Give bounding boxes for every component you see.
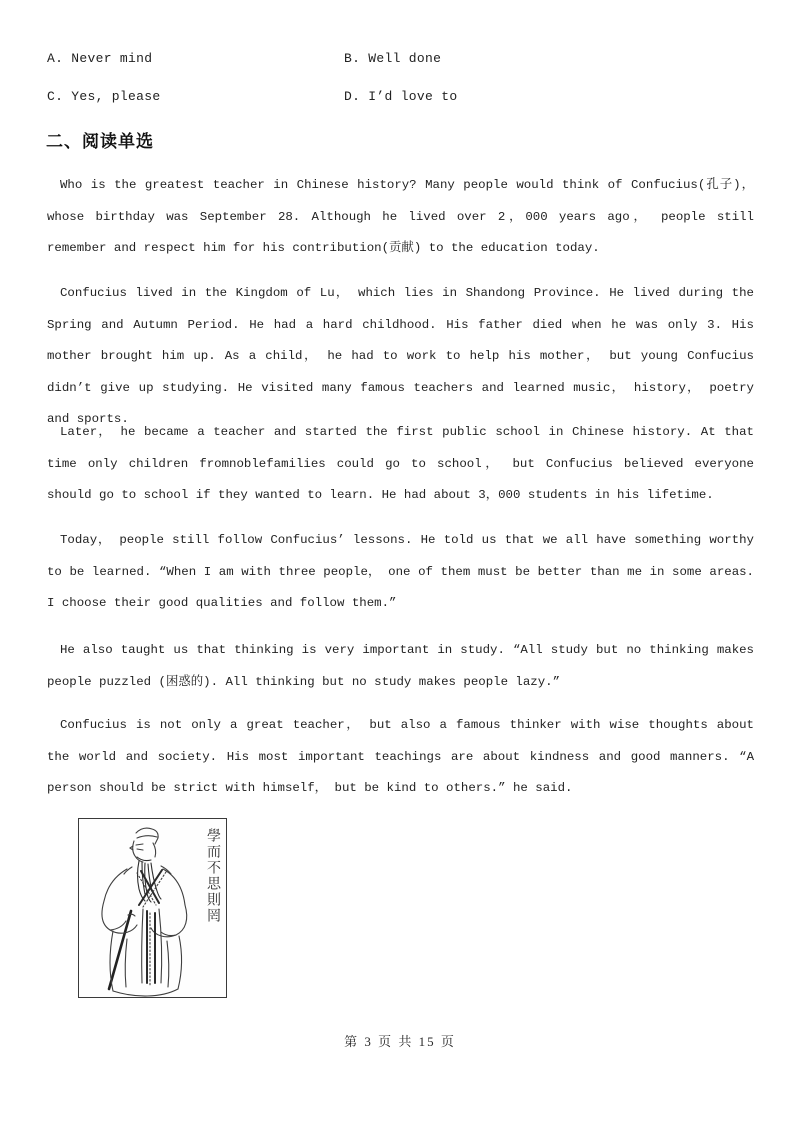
passage-paragraph-3: Later， he became a teacher and started t… [47,417,754,512]
section-title: 二、阅读单选 [46,127,154,152]
passage-paragraph-4: Today， people still follow Confucius’ le… [47,525,754,620]
passage-paragraph-5: He also taught us that thinking is very … [47,635,754,698]
passage-paragraph-2: Confucius lived in the Kingdom of Lu， wh… [47,278,754,436]
passage-paragraph-1: Who is the greatest teacher in Chinese h… [47,170,754,265]
document-page: A. Never mind B. Well done C. Yes, pleas… [0,0,800,1132]
option-a: A. Never mind [47,51,152,66]
confucius-figure: 學而不思則罔 [78,818,227,998]
confucius-line-drawing-icon [79,819,226,997]
option-d: D. I’d love to [344,89,457,104]
option-c: C. Yes, please [47,89,160,104]
figure-caption-vertical: 學而不思則罔 [206,828,220,924]
page-number-footer: 第 3 页 共 15 页 [0,1031,800,1050]
option-b: B. Well done [344,51,441,66]
passage-paragraph-6: Confucius is not only a great teacher， b… [47,710,754,805]
